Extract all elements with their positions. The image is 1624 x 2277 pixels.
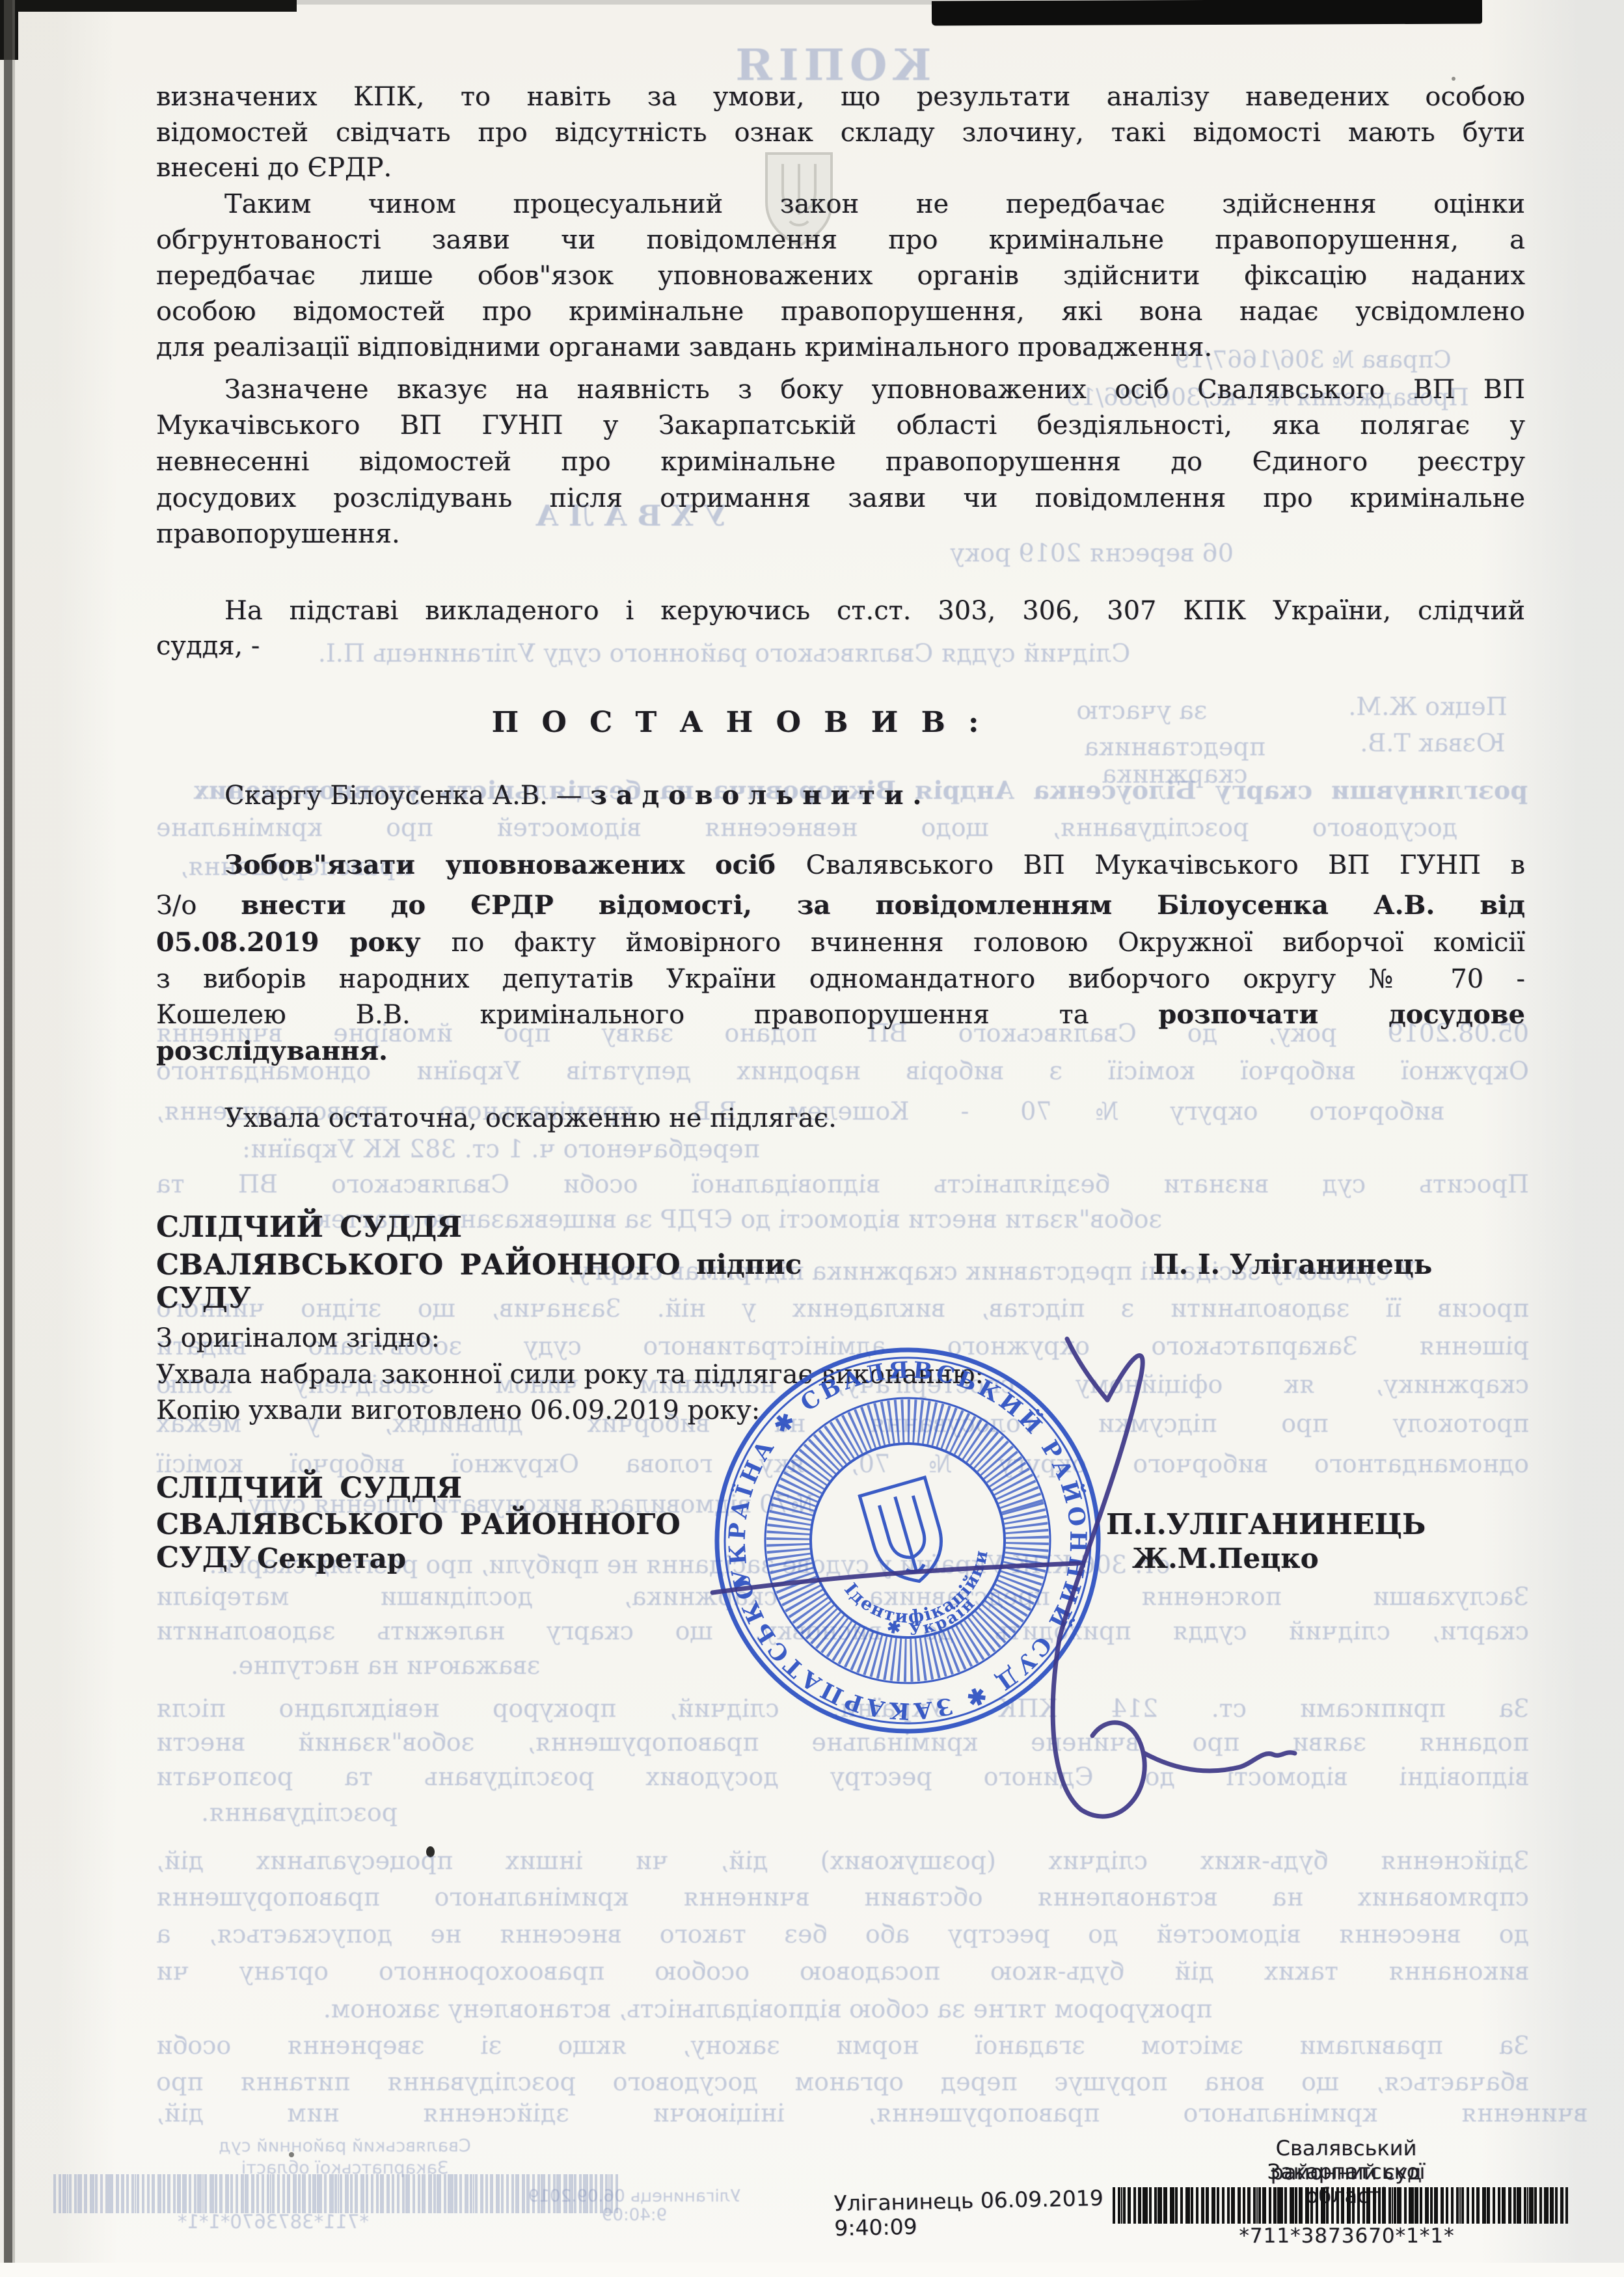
footer-made-by: Уліганинець 06.09.2019 9:40:09 xyxy=(833,2186,1114,2241)
bleed-through-barcode xyxy=(52,2174,618,2213)
document-line: для реалізації відповідними органами зав… xyxy=(156,332,1525,362)
scan-edge-left-line xyxy=(4,0,12,2277)
document-line: суддя, - xyxy=(156,631,1525,661)
bleed-through-line: Юзвак Т.В. xyxy=(1344,730,1521,757)
document-line: підпис xyxy=(696,1249,891,1280)
document-line: внесені до ЄРДР. xyxy=(156,153,1525,183)
document-line-bold-text: П О С Т А Н О В И В : xyxy=(492,706,986,739)
document-line: П О С Т А Н О В И В : xyxy=(156,707,1321,740)
document-line-bold-text: внести до ЄРДР відомості, за повідомленн… xyxy=(241,890,1525,921)
bleed-through-line: вбачається, що вона порушує перед органо… xyxy=(156,2069,1529,2096)
document-line-text: Зазначене вказує на наявність з боку упо… xyxy=(224,375,1525,405)
document-line-text: відомостей свідчать про відсутність озна… xyxy=(156,118,1525,148)
document-line-text: Скаргу Білоусенка А.В. — xyxy=(224,781,590,811)
document-line: Скаргу Білоусенка А.В. — з а д о в о л ь… xyxy=(156,781,1525,811)
document-line: відомостей свідчать про відсутність озна… xyxy=(156,118,1525,148)
bleed-through-line: За правилами змістом згаданої норми зако… xyxy=(156,2032,1529,2060)
bleed-through-line: передбаченого ч. 1 ст. 382 КК України: xyxy=(156,1136,846,1163)
document-line-bold-text: Зобов"язати уповноважених осіб xyxy=(224,850,806,880)
document-line-text: Свалявського ВП Мукачівського ВП ГУНП в xyxy=(806,850,1525,880)
document-line: Зазначене вказує на наявність з боку упо… xyxy=(156,375,1525,405)
document-line: П. І. Уліганинець xyxy=(1153,1249,1465,1280)
document-line-text: суддя, - xyxy=(156,631,260,661)
bleed-through-line: Свалявський районний суд xyxy=(215,2136,475,2156)
document-line-text: Мукачівського ВП ГУНП у Закарпатській об… xyxy=(156,411,1525,440)
document-line-text: Таким чином процесуальний закон не перед… xyxy=(224,189,1525,219)
document-line: обгрунтованості заяви чи повідомлення пр… xyxy=(156,225,1525,255)
bleed-through-line: виконання таких дій будь-якою посадовою … xyxy=(156,1958,1529,1986)
scan-edge-top-right-strip xyxy=(932,0,1482,25)
document-line: особою відомостей про кримінальне правоп… xyxy=(156,297,1525,327)
document-line: СВАЛЯВСЬКОГО РАЙОННОГО СУДУ xyxy=(156,1249,696,1315)
document-line: Ухвала остаточна, оскарженню не підлягає… xyxy=(156,1103,1525,1133)
document-line-bold-text: СЛІДЧИЙ СУДДЯ xyxy=(156,1211,462,1244)
footer-barcode-text: *711*3873670*1*1* xyxy=(1223,2225,1470,2248)
document-line-text: передбачає лише обов"язок уповноважених … xyxy=(156,261,1525,291)
document-line-text: обгрунтованості заяви чи повідомлення пр… xyxy=(156,225,1525,255)
document-line-text: по факту ймовірного вчинення головою Окр… xyxy=(452,928,1525,958)
document-line: невнесенні відомостей про кримінальне пр… xyxy=(156,447,1525,477)
document-line-bold-text: розпочати досудове xyxy=(1158,999,1525,1030)
judge-signature xyxy=(651,1301,1366,1887)
document-line-text: з виборів народних депутатів України одн… xyxy=(156,964,1525,994)
document-line: СЛІДЧИЙ СУДДЯ xyxy=(156,1211,1525,1245)
scanned-court-ruling-page: КОПІЯСправа № 306/1667/19Провадження № 1… xyxy=(0,0,1624,2277)
document-line: На підставі викладеного і керуючись ст.с… xyxy=(156,596,1525,626)
document-line-text: особою відомостей про кримінальне правоп… xyxy=(156,297,1525,327)
document-line: передбачає лише обов"язок уповноважених … xyxy=(156,261,1525,291)
bleed-through-line: вчинення кримінального правопорушення, і… xyxy=(156,2100,1588,2127)
bleed-through-line: зважаючи на наступне. xyxy=(156,1652,615,1680)
bleed-through-line: *711*3873670*1*1* xyxy=(166,2212,381,2233)
document-line-text: На підставі викладеного і керуючись ст.с… xyxy=(224,596,1525,626)
scan-edge-top-mid-line xyxy=(297,0,932,5)
document-line-text: правопорушення. xyxy=(156,519,400,549)
document-line-bold-text: розслідування. xyxy=(156,1036,388,1066)
scan-edge-top-left-strip xyxy=(0,0,297,12)
document-line: досудових розслідувань після отримання з… xyxy=(156,483,1525,513)
scan-edge-left-line-inner xyxy=(12,0,15,2277)
document-line: Мукачівського ВП ГУНП у Закарпатській об… xyxy=(156,411,1525,440)
bleed-through-line: Пецко Ж.М. xyxy=(1335,694,1521,721)
document-line-text: Ухвала остаточна, оскарженню не підлягає… xyxy=(224,1103,837,1133)
bleed-through-line: спрямованих на встановлення обставин вчи… xyxy=(156,1884,1529,1911)
document-line: з виборів народних депутатів України одн… xyxy=(156,964,1525,994)
document-line-bold-text: СВАЛЯВСЬКОГО РАЙОННОГО СУДУ xyxy=(156,1248,681,1315)
document-line-text: Кошелею В.В. кримінального правопорушенн… xyxy=(156,1000,1158,1030)
document-line-text: З оригіналом згідно: xyxy=(156,1323,440,1353)
document-line-text: досудових розслідувань після отримання з… xyxy=(156,483,1525,513)
document-line-text: невнесенні відомостей про кримінальне пр… xyxy=(156,447,1525,477)
bleed-through-line: Просить суд визнати бездіяльність відпов… xyxy=(156,1171,1529,1198)
bleed-through-line: розслідування. xyxy=(156,1799,442,1827)
document-line: розслідування. xyxy=(156,1036,1525,1066)
document-line: визначених КПК, то навіть за умови, що р… xyxy=(156,82,1525,112)
document-line-bold-text: СЛІДЧИЙ СУДДЯ xyxy=(156,1472,462,1505)
document-line-text: визначених КПК, то навіть за умови, що р… xyxy=(156,82,1525,112)
bleed-through-line: до внесення відомостей до реєстру або бе… xyxy=(156,1921,1529,1948)
document-line: Зобов"язати уповноважених осіб Свалявськ… xyxy=(156,850,1525,880)
document-line: Кошелею В.В. кримінального правопорушенн… xyxy=(156,1000,1525,1030)
document-line-bold-text: 05.08.2019 року xyxy=(156,927,452,958)
bleed-through-line: прокурором тягне за собою відповідальніс… xyxy=(156,1996,1379,2023)
document-line-bold-text: Секретар xyxy=(257,1543,406,1574)
document-line-bold-text: П. І. Уліганинець xyxy=(1153,1248,1432,1280)
scan-speck xyxy=(1452,77,1455,81)
scan-edge-bottom-strip xyxy=(0,2263,1624,2277)
bleed-through-line: досудового розслідування, щодо невнесенн… xyxy=(156,815,1457,842)
document-line-text: для реалізації відповідними органами зав… xyxy=(156,332,1212,362)
document-line: 05.08.2019 року по факту ймовірного вчин… xyxy=(156,928,1525,958)
document-line-text: З/о xyxy=(156,891,241,921)
document-line: Секретар xyxy=(257,1543,478,1574)
document-line: З/о внести до ЄРДР відомості, за повідом… xyxy=(156,891,1525,921)
document-line: правопорушення. xyxy=(156,519,1525,549)
document-line-bold-text: з а д о в о л ь н и т и . xyxy=(590,780,921,811)
document-line-text: внесені до ЄРДР. xyxy=(156,153,392,183)
document-line-bold-text: підпис xyxy=(696,1248,802,1280)
footer-barcode xyxy=(1113,2187,1568,2224)
document-line: Таким чином процесуальний закон не перед… xyxy=(156,189,1525,219)
